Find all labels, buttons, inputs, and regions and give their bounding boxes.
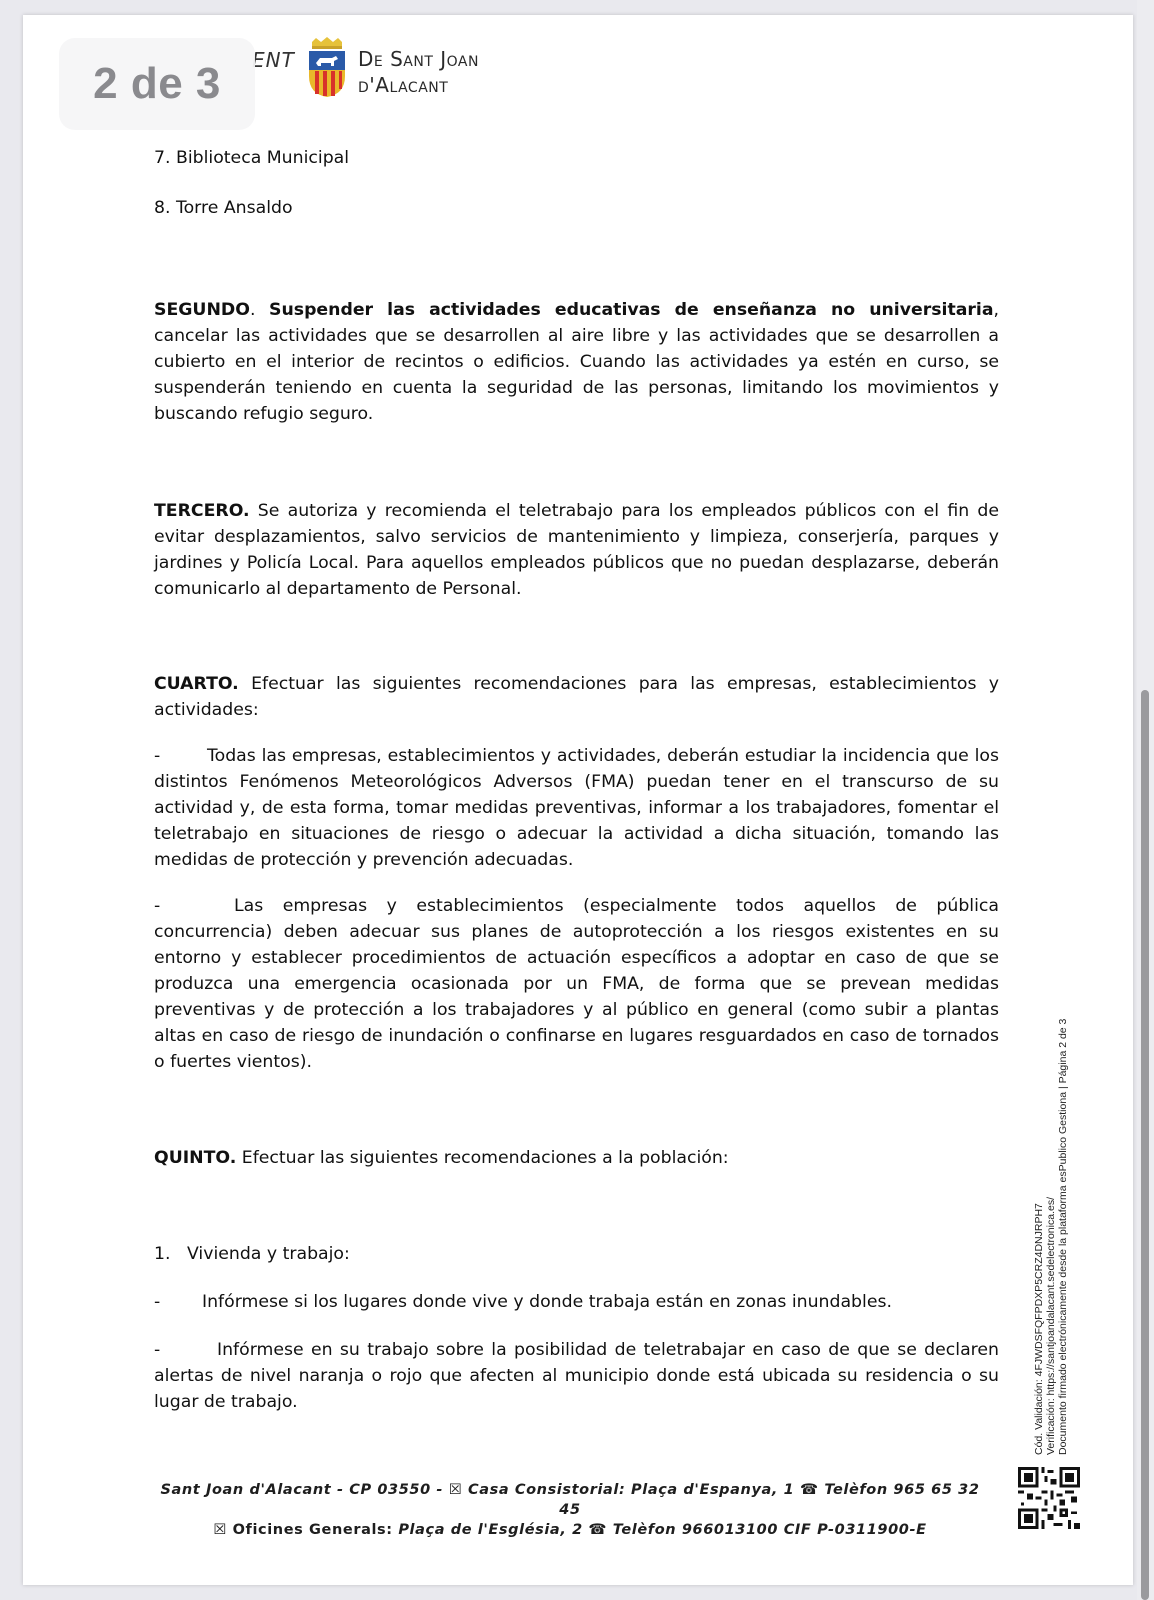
municipality-name-line2: d'Alacant (358, 72, 479, 98)
page-footer: Sant Joan d'Alacant - CP 03550 - ☒ Casa … (150, 1480, 990, 1540)
mail-icon: ☒ (213, 1522, 227, 1538)
bullet-item: -Las empresas y establecimientos (especi… (154, 893, 999, 1075)
subheading: 1. Vivienda y trabajo: (154, 1241, 999, 1267)
footer-oficines-label: Oficines Generals: (227, 1522, 398, 1538)
section-bold-text: Suspender las actividades educativas de … (269, 300, 993, 320)
bullet-dash: - (154, 743, 207, 769)
footer-phone-2: Telèfon 966013100 CIF P-0311900-E (607, 1522, 927, 1538)
signature-note: Documento firmado electrónicamente desde… (1057, 1019, 1069, 1455)
validation-sidebar: Cód. Validación: 4FJWDSFQFPDXP5CRZ4DNJRP… (1033, 1019, 1069, 1455)
mail-icon: ☒ (449, 1482, 463, 1498)
municipality-name: De Sant Joan d'Alacant (358, 46, 479, 98)
bullet-text: Infórmese si los lugares donde vive y do… (202, 1292, 892, 1312)
section-segundo: SEGUNDO. Suspender las actividades educa… (154, 297, 999, 427)
section-quinto: QUINTO. Efectuar las siguientes recomend… (154, 1145, 999, 1171)
scrollbar-thumb[interactable] (1141, 690, 1149, 1600)
phone-icon: ☎ (800, 1482, 819, 1498)
coat-of-arms-icon (306, 36, 348, 98)
bullet-item: -Infórmese si los lugares donde vive y d… (154, 1289, 999, 1315)
list-item: 8. Torre Ansaldo (154, 195, 999, 221)
bullet-item: -Todas las empresas, establecimientos y … (154, 743, 999, 873)
bullet-text: Todas las empresas, establecimientos y a… (154, 746, 999, 870)
bullet-dash: - (154, 1289, 202, 1315)
section-label: QUINTO. (154, 1148, 236, 1168)
qr-code-icon (1018, 1467, 1080, 1529)
footer-line-2: ☒ Oficines Generals: Plaça de l'Església… (150, 1520, 990, 1540)
footer-oficines-address: Plaça de l'Església, 2 (398, 1522, 588, 1538)
page-indicator: 2 de 3 (59, 38, 255, 130)
bullet-item: -Infórmese en su trabajo sobre la posibi… (154, 1337, 999, 1415)
section-text: Se autoriza y recomienda el teletrabajo … (154, 501, 999, 599)
footer-line-1: Sant Joan d'Alacant - CP 03550 - ☒ Casa … (150, 1480, 990, 1520)
list-item: 7. Biblioteca Municipal (154, 145, 999, 171)
document-body: 7. Biblioteca Municipal 8. Torre Ansaldo… (154, 145, 999, 1415)
section-label: SEGUNDO (154, 300, 250, 320)
validation-code: Cód. Validación: 4FJWDSFQFPDXP5CRZ4DNJRP… (1033, 1019, 1045, 1455)
section-tercero: TERCERO. Se autoriza y recomienda el tel… (154, 498, 999, 602)
phone-icon: ☎ (588, 1522, 607, 1538)
footer-casa-consistorial: Casa Consistorial: Plaça d'Espanya, 1 (462, 1482, 800, 1498)
municipality-name-line1: De Sant Joan (358, 46, 479, 72)
section-cuarto: CUARTO. Efectuar las siguientes recomend… (154, 671, 999, 723)
footer-address: Sant Joan d'Alacant - CP 03550 - (160, 1482, 448, 1498)
verification-url: Verificación: https://santjoandalacant.s… (1045, 1019, 1057, 1455)
bullet-text: Infórmese en su trabajo sobre la posibil… (154, 1340, 999, 1412)
bullet-dash: - (154, 1337, 217, 1363)
section-text: Efectuar las siguientes recomendaciones … (236, 1148, 728, 1168)
header-left-text: ENT (252, 48, 295, 72)
bullet-text: Las empresas y establecimientos (especia… (154, 896, 999, 1072)
bullet-dash: - (154, 893, 234, 919)
section-label: CUARTO. (154, 674, 239, 694)
section-label: TERCERO. (154, 501, 250, 521)
section-text: Efectuar las siguientes recomendaciones … (154, 674, 999, 720)
